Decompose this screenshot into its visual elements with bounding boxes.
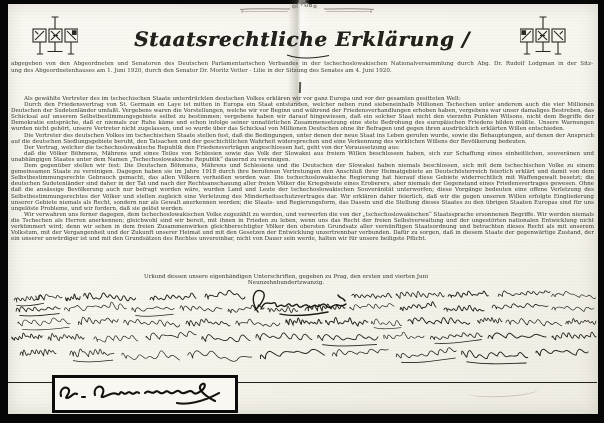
title-underline-flourish <box>286 54 330 60</box>
scanned-page: { "meta": { "background_color": "#060606… <box>0 0 604 423</box>
body-paragraph: Die Vertreter des deutschen Volkes im ts… <box>11 133 594 145</box>
page-title: Staatsrechtliche Erklärung / <box>0 27 604 51</box>
closing-line: Urkund dessen unsere eigenhändigen Unter… <box>128 274 444 286</box>
body-paragraph: Wir verwahren uns ferner dagegen, dem ts… <box>11 212 594 242</box>
preamble-line: ung des Abgeordnetenhauses am 1. Juni 19… <box>11 68 593 75</box>
highlighted-signature-box <box>52 375 238 413</box>
body-paragraph: daß die Völker Böhmens, Mährens und eine… <box>11 151 594 163</box>
body-paragraph: Dem gegenüber stellen wir fest: Die Deut… <box>11 163 594 212</box>
preamble: abgegeben von den Abgeordneten und Senat… <box>11 61 593 75</box>
scroll-ornament-icon <box>240 0 374 14</box>
preamble-line: abgegeben von den Abgeordneten und Senat… <box>11 61 593 68</box>
body-paragraph: Durch den Friedensvertrag von St. Germai… <box>11 102 594 132</box>
declaration-body: Als gewählte Vertreter des im tschechisc… <box>11 96 594 242</box>
highlighted-signature <box>55 378 235 410</box>
